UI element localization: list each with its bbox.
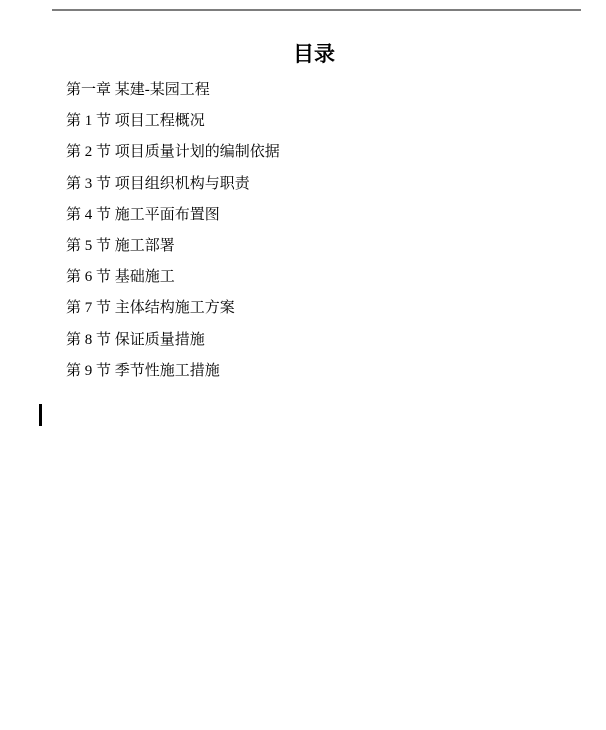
document-title[interactable]: 目录 <box>66 40 562 68</box>
toc-entry-section-8[interactable]: 第 8 节 保证质量措施 <box>66 325 562 356</box>
toc-entry-section-6[interactable]: 第 6 节 基础施工 <box>66 262 562 293</box>
text-cursor <box>39 404 42 426</box>
table-of-contents: 第一章 某建-某园工程 第 1 节 项目工程概况 第 2 节 项目质量计划的编制… <box>66 75 562 387</box>
toc-entry-section-4[interactable]: 第 4 节 施工平面布置图 <box>66 200 562 231</box>
document-page: 目录 第一章 某建-某园工程 第 1 节 项目工程概况 第 2 节 项目质量计划… <box>0 0 606 730</box>
toc-entry-section-2[interactable]: 第 2 节 项目质量计划的编制依据 <box>66 137 562 168</box>
toc-entry-section-7[interactable]: 第 7 节 主体结构施工方案 <box>66 293 562 324</box>
toc-entry-section-9[interactable]: 第 9 节 季节性施工措施 <box>66 356 562 387</box>
toc-entry-section-5[interactable]: 第 5 节 施工部署 <box>66 231 562 262</box>
toc-entry-chapter-1[interactable]: 第一章 某建-某园工程 <box>66 75 562 106</box>
toc-entry-section-1[interactable]: 第 1 节 项目工程概况 <box>66 106 562 137</box>
toc-entry-section-3[interactable]: 第 3 节 项目组织机构与职责 <box>66 169 562 200</box>
page-top-border <box>52 9 581 11</box>
